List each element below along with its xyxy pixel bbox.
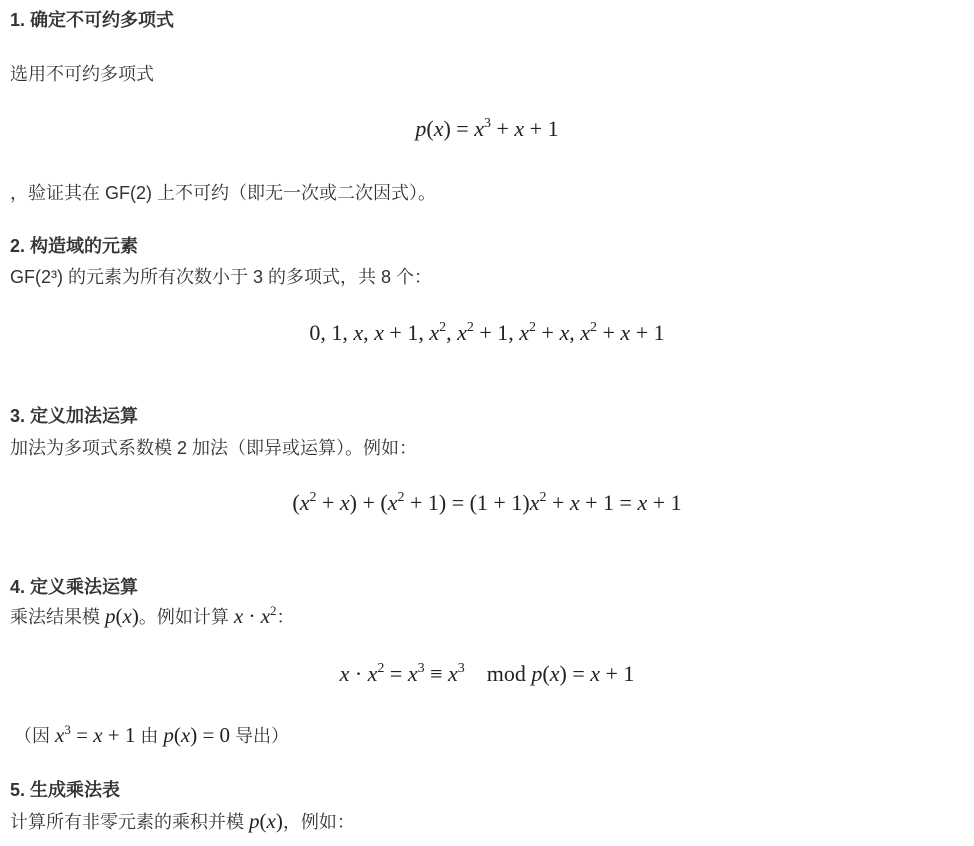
section-2-intro: GF(2³) 的元素为所有次数小于 3 的多项式，共 8 个： xyxy=(10,263,432,289)
section-4-note-prefix: （因 xyxy=(14,726,55,746)
section-4-note-mid: 由 xyxy=(135,726,163,746)
section-1-display-math: p(x) = x3 + x + 1 xyxy=(0,116,974,142)
section-4-heading: 4. 定义乘法运算 xyxy=(10,573,138,599)
section-5-intro-prefix: 计算所有非零元素的乘积并模 xyxy=(10,812,249,832)
section-4-intro: 乘法结果模 p(x)。例如计算 x · x2： xyxy=(10,603,295,629)
section-4-intro-math-p: p(x) xyxy=(105,604,139,628)
section-4-note-math-zero: p(x) = 0 xyxy=(163,723,230,747)
section-5-intro-math-p: p(x) xyxy=(249,809,283,833)
section-3-heading: 3. 定义加法运算 xyxy=(10,402,138,428)
section-1-intro: 选用不可约多项式 xyxy=(10,60,154,86)
section-4-intro-suffix: ： xyxy=(277,607,295,627)
section-3-display-math: (x2 + x) + (x2 + 1) = (1 + 1)x2 + x + 1 … xyxy=(0,490,974,516)
section-4-note-math-identity: x3 = x + 1 xyxy=(55,723,135,747)
section-4-note: （因 x3 = x + 1 由 p(x) = 0 导出） xyxy=(14,722,289,748)
section-3-intro: 加法为多项式系数模 2 加法（即异或运算）。例如： xyxy=(10,434,417,460)
section-5-intro: 计算所有非零元素的乘积并模 p(x)，例如： xyxy=(10,808,355,834)
section-2-display-math: 0, 1, x, x + 1, x2, x2 + 1, x2 + x, x2 +… xyxy=(0,320,974,346)
section-1-after-text: ，验证其在 GF(2) 上不可约（即无一次或二次因式）。 xyxy=(10,179,436,205)
section-4-intro-mid: 。例如计算 xyxy=(139,607,234,627)
section-4-intro-prefix: 乘法结果模 xyxy=(10,607,105,627)
section-4-note-suffix: 导出） xyxy=(230,726,289,746)
section-4-intro-math-product: x · x2 xyxy=(234,604,277,628)
section-1-heading: 1. 确定不可约多项式 xyxy=(10,6,174,32)
section-5-intro-suffix: ，例如： xyxy=(283,812,355,832)
section-5-heading: 5. 生成乘法表 xyxy=(10,776,120,802)
section-4-display-math: x · x2 = x3 ≡ x3 mod p(x) = x + 1 xyxy=(0,661,974,687)
section-2-heading: 2. 构造域的元素 xyxy=(10,232,138,258)
